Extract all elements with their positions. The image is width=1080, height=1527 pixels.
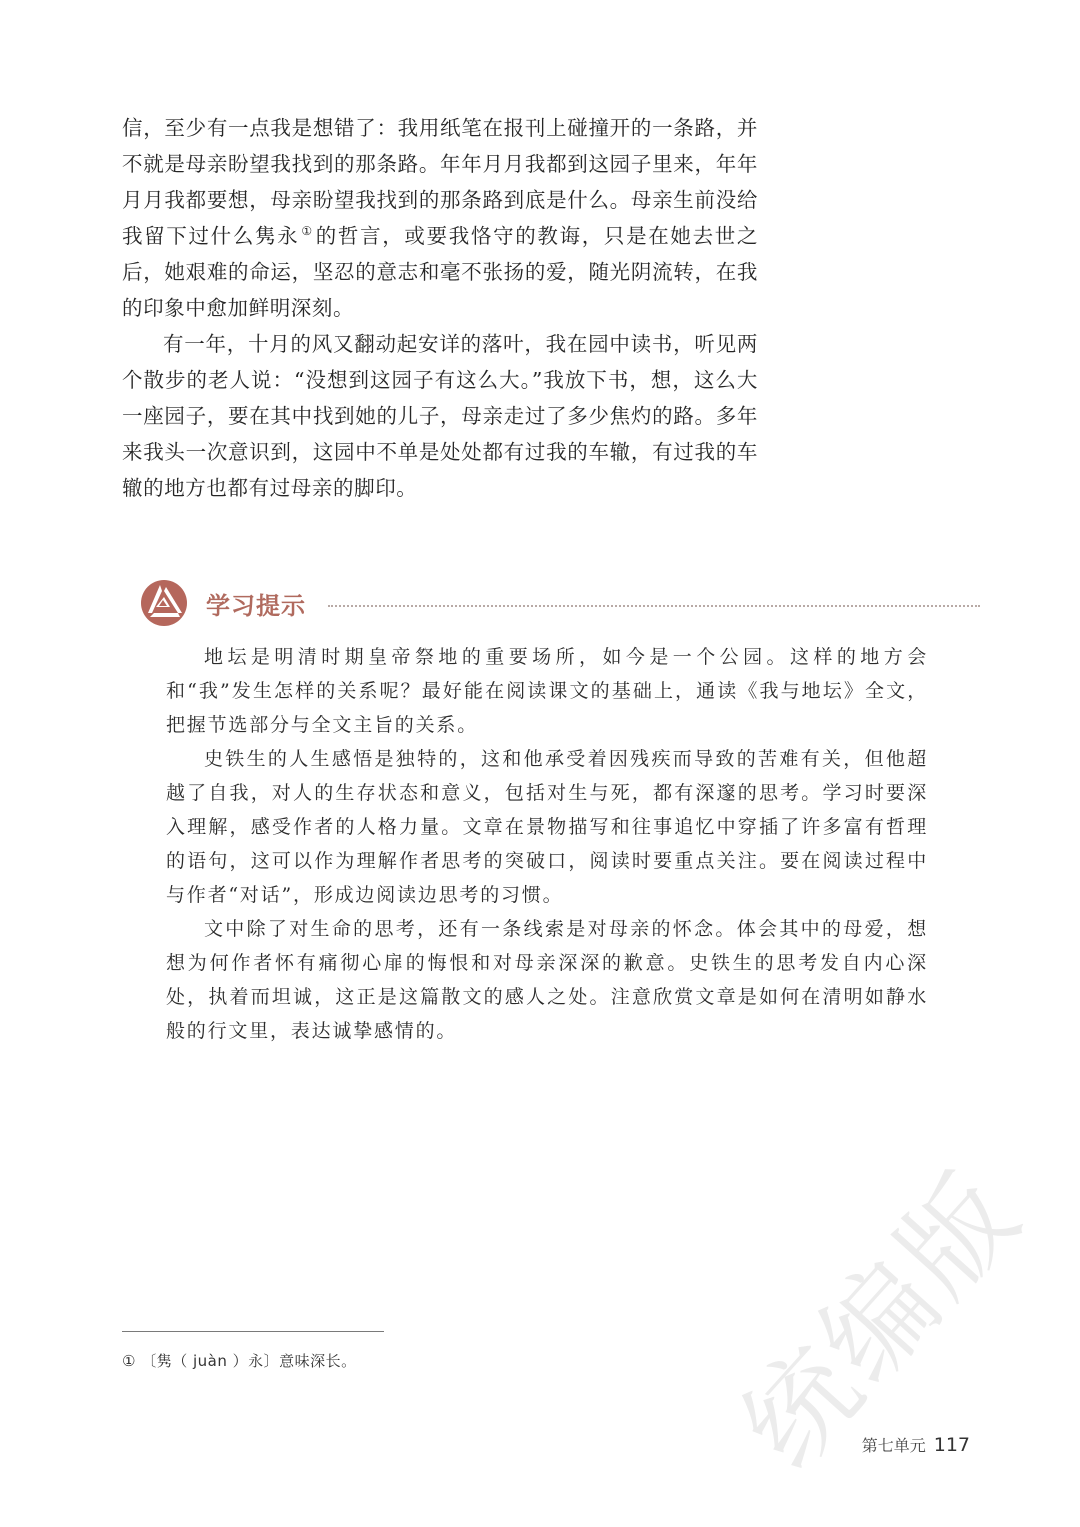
main-paragraph-2: 有一年，十月的风又翻动起安详的落叶，我在园中读书，听见两个散步的老人说：“没想到…: [122, 326, 758, 506]
page-footer: 第七单元 117: [862, 1433, 970, 1456]
study-tips-header: 学习提示: [140, 578, 980, 628]
study-tips-paragraph-2: 史铁生的人生感悟是独特的，这和他承受着因残疾而导致的苦难有关，但他超越了自我，对…: [166, 742, 928, 912]
study-tips-paragraph-1: 地坛是明清时期皇帝祭地的重要场所，如今是一个公园。这样的地方会和“我”发生怎样的…: [166, 640, 928, 742]
footnote-divider: [122, 1331, 384, 1332]
study-tips-body: 地坛是明清时期皇帝祭地的重要场所，如今是一个公园。这样的地方会和“我”发生怎样的…: [166, 640, 928, 1048]
dotted-divider: [328, 605, 980, 607]
study-tips-paragraph-3: 文中除了对生命的思考，还有一条线索是对母亲的怀念。体会其中的母爱，想想为何作者怀…: [166, 912, 928, 1048]
unit-label: 第七单元: [862, 1433, 926, 1456]
page-number: 117: [934, 1434, 970, 1456]
main-paragraph-1: 信，至少有一点我是想错了：我用纸笔在报刊上碰撞开的一条路，并不就是母亲盼望我找到…: [122, 110, 758, 326]
footnote: ① 〔隽（ juàn ）永〕意味深长。: [122, 1350, 357, 1371]
main-text: 信，至少有一点我是想错了：我用纸笔在报刊上碰撞开的一条路，并不就是母亲盼望我找到…: [122, 110, 758, 506]
footnote-marker[interactable]: ①: [301, 224, 313, 238]
study-tips-logo-icon: [140, 579, 188, 627]
study-tips-title: 学习提示: [206, 586, 306, 621]
textbook-page: 信，至少有一点我是想错了：我用纸笔在报刊上碰撞开的一条路，并不就是母亲盼望我找到…: [0, 0, 1080, 1527]
